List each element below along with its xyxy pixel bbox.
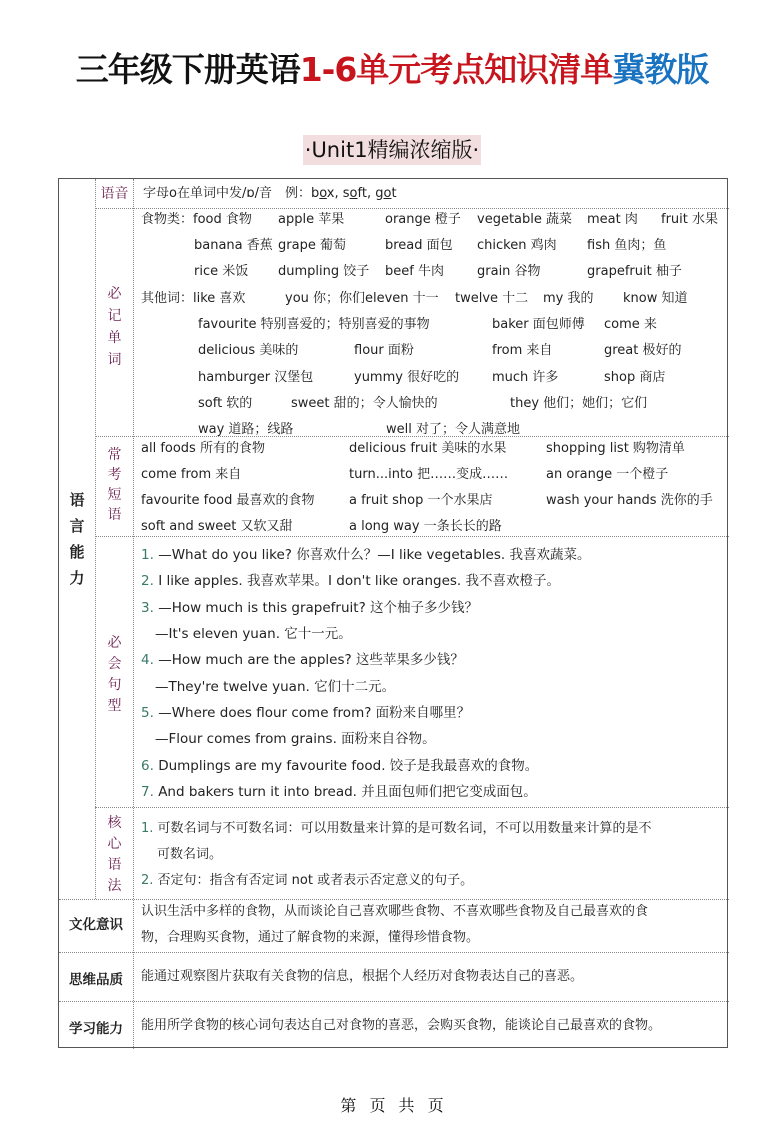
vocab-item: chicken 鸡肉 <box>477 233 557 259</box>
label-char: 核 <box>96 813 133 834</box>
example-part: x, <box>327 186 343 201</box>
phrase-item: wash your hands 洗你的手 <box>546 488 713 514</box>
sentence-line: 5. —Where does flour come from? 面粉来自哪里？ <box>141 700 470 726</box>
label-char: 常 <box>96 445 133 465</box>
vocab-item: hamburger 汉堡包 <box>198 365 313 391</box>
sentence-line: 3. —How much is this grapefruit? 这个柚子多少钱… <box>141 595 478 621</box>
phrase-item: a fruit shop 一个水果店 <box>349 488 492 514</box>
sentence-text: I like apples. 我喜欢苹果。I don't like orange… <box>158 573 560 589</box>
label-char: 短 <box>96 485 133 505</box>
phrase-item: soft and sweet 又软又甜 <box>141 514 293 540</box>
label-char: 语 <box>59 487 95 513</box>
vocab-item: shop 商店 <box>604 365 665 391</box>
label-char: 会 <box>96 654 133 675</box>
vocab-item: come 来 <box>604 312 657 338</box>
divider <box>133 179 134 1049</box>
vocab-item: know 知道 <box>623 286 688 312</box>
phrase-item: all foods 所有的食物 <box>141 436 265 462</box>
vocab-item: they 他们；她们；它们 <box>510 391 647 417</box>
vocab-item: 其他词：like 喜欢 <box>141 286 245 312</box>
title-red-part: 1-6单元考点知识清单 <box>300 50 613 89</box>
title-blue-part: 冀教版 <box>612 50 708 89</box>
vocab-item: from 来自 <box>492 338 552 364</box>
unit-subtitle: ·Unit1精编浓缩版· <box>0 135 784 165</box>
grammar-number: 1. <box>141 821 153 836</box>
title-black-part: 三年级下册英语 <box>76 50 300 89</box>
grammar-number: 2. <box>141 873 153 888</box>
thinking-label: 思维品质 <box>59 968 133 988</box>
vocab-item: flour 面粉 <box>354 338 414 364</box>
vocab-item: much 许多 <box>492 365 558 391</box>
unit-subtitle-text: ·Unit1精编浓缩版· <box>303 135 481 165</box>
learning-label: 学习能力 <box>59 1017 133 1037</box>
label-char: 言 <box>59 513 95 539</box>
learning-text: 能用所学食物的核心词句表达自己对食物的喜恶，会购买食物，能谈论自己最喜欢的食物。 <box>141 1013 661 1039</box>
example-part: g <box>375 186 383 201</box>
sentence-line: 2. I like apples. 我喜欢苹果。I don't like ora… <box>141 568 560 594</box>
phonetics-rule: 字母o在单词中发/ɒ/音 例： <box>143 186 311 201</box>
grammar-line: 1. 可数名词与不可数名词：可以用数量来计算的是可数名词，不可以用数量来计算的是… <box>141 816 652 842</box>
sentence-text: —Where does flour come from? 面粉来自哪里？ <box>158 705 470 721</box>
vocab-item: fish 鱼肉；鱼 <box>587 233 666 259</box>
sentence-number: 2. <box>141 573 154 589</box>
main-label-language-ability: 语 言 能 力 <box>59 487 95 591</box>
sentence-number: 3. <box>141 600 154 616</box>
sentence-text: —It's eleven yuan. 它十一元。 <box>155 626 352 642</box>
culture-line: 认识生活中多样的食物，从而谈论自己喜欢哪些食物、不喜欢哪些食物及自己最喜欢的食 <box>141 899 725 925</box>
phrase-item: an orange 一个橙子 <box>546 462 668 488</box>
phonetics-text: 字母o在单词中发/ɒ/音 例：box, soft, got <box>143 181 397 207</box>
culture-label: 文化意识 <box>59 913 133 933</box>
example-underlined: o <box>319 186 327 201</box>
vocab-item: fruit 水果 <box>661 207 718 233</box>
sentence-number: 7. <box>141 784 154 800</box>
vocab-item: apple 苹果 <box>278 207 344 233</box>
sentence-number: 4. <box>141 652 154 668</box>
label-char: 语 <box>96 505 133 525</box>
example-underlined: o <box>350 186 358 201</box>
vocab-item: favourite 特别喜爱的；特别喜爱的事物 <box>198 312 430 338</box>
vocab-item: orange 橙子 <box>385 207 461 233</box>
sentence-line: —It's eleven yuan. 它十一元。 <box>155 621 352 647</box>
vocab-item: soft 软的 <box>198 391 252 417</box>
vocab-item: sweet 甜的；令人愉快的 <box>291 391 438 417</box>
label-char: 单 <box>96 327 133 349</box>
culture-text: 认识生活中多样的食物，从而谈论自己喜欢哪些食物、不喜欢哪些食物及自己最喜欢的食 … <box>141 899 725 951</box>
phrase-item: come from 来自 <box>141 462 241 488</box>
document-title: 三年级下册英语1-6单元考点知识清单冀教版 <box>0 48 784 92</box>
sentence-number: 6. <box>141 758 154 774</box>
sentence-line: 4. —How much are the apples? 这些苹果多少钱？ <box>141 647 464 673</box>
vocab-item: grape 葡萄 <box>278 233 346 259</box>
vocab-item: 食物类：food 食物 <box>141 207 252 233</box>
vocab-item: beef 牛肉 <box>385 259 444 285</box>
vocab-item: baker 面包师傅 <box>492 312 585 338</box>
grammar-line: 2. 否定句：指含有否定词 not 或者表示否定意义的句子。 <box>141 868 473 894</box>
vocab-item: grapefruit 柚子 <box>587 259 682 285</box>
vocab-item: meat 肉 <box>587 207 638 233</box>
phrase-item: favourite food 最喜欢的食物 <box>141 488 314 514</box>
knowledge-table: 语 言 能 力 语音 字母o在单词中发/ɒ/音 例：box, soft, got… <box>58 178 728 1048</box>
label-char: 句 <box>96 675 133 696</box>
grammar-line: 可数名词。 <box>157 842 222 868</box>
label-char: 力 <box>59 565 95 591</box>
vocab-item: eleven 十一 <box>365 286 439 312</box>
phrase-item: turn...into 把……变成…… <box>349 462 508 488</box>
grammar-text: 可数名词与不可数名词：可以用数量来计算的是可数名词，不可以用数量来计算的是不 <box>158 821 652 836</box>
vocab-item: my 我的 <box>543 286 594 312</box>
sentence-line: 6. Dumplings are my favourite food. 饺子是我… <box>141 753 538 779</box>
label-char: 词 <box>96 349 133 371</box>
vocab-item: rice 米饭 <box>194 259 248 285</box>
vocab-item: vegetable 蔬菜 <box>477 207 572 233</box>
sentence-line: 7. And bakers turn it into bread. 并且面包师们… <box>141 779 537 805</box>
vocab-item: delicious 美味的 <box>198 338 298 364</box>
sentence-number: 5. <box>141 705 154 721</box>
example-part: s <box>343 186 350 201</box>
vocab-item: great 极好的 <box>604 338 682 364</box>
vocab-item: dumpling 饺子 <box>278 259 369 285</box>
sentence-text: —How much are the apples? 这些苹果多少钱？ <box>158 652 464 668</box>
sentence-line: —They're twelve yuan. 它们十二元。 <box>155 674 395 700</box>
vocab-label: 必 记 单 词 <box>96 283 133 371</box>
sentence-text: —They're twelve yuan. 它们十二元。 <box>155 679 395 695</box>
sentence-line: 1. —What do you like? 你喜欢什么？—I like vege… <box>141 542 590 568</box>
example-part: b <box>311 186 319 201</box>
culture-line: 物，合理购买食物，通过了解食物的来源，懂得珍惜食物。 <box>141 925 725 951</box>
sentence-text: Dumplings are my favourite food. 饺子是我最喜欢… <box>158 758 538 774</box>
grammar-text: 可数名词。 <box>157 847 222 862</box>
phrase-item: a long way 一条长长的路 <box>349 514 502 540</box>
sentences-label: 必 会 句 型 <box>96 633 133 717</box>
grammar-text: 否定句：指含有否定词 not 或者表示否定意义的句子。 <box>158 873 474 888</box>
label-char: 心 <box>96 834 133 855</box>
sentence-text: —What do you like? 你喜欢什么？—I like vegetab… <box>158 547 590 563</box>
label-char: 型 <box>96 696 133 717</box>
sentence-text: And bakers turn it into bread. 并且面包师们把它变… <box>158 784 537 800</box>
label-char: 记 <box>96 305 133 327</box>
vocab-item: twelve 十二 <box>455 286 528 312</box>
label-char: 考 <box>96 465 133 485</box>
label-char: 必 <box>96 283 133 305</box>
example-part: ft, <box>358 186 376 201</box>
thinking-text: 能通过观察图片获取有关食物的信息，根据个人经历对食物表达自己的喜恶。 <box>141 964 583 990</box>
sentence-number: 1. <box>141 547 154 563</box>
vocab-item: grain 谷物 <box>477 259 541 285</box>
sentence-text: —How much is this grapefruit? 这个柚子多少钱？ <box>158 600 478 616</box>
phrase-item: shopping list 购物清单 <box>546 436 685 462</box>
phonetics-label: 语音 <box>96 183 133 205</box>
vocab-item: you 你；你们 <box>285 286 365 312</box>
example-part: t <box>391 186 396 201</box>
vocab-item: banana 香蕉 <box>194 233 273 259</box>
phrases-label: 常 考 短 语 <box>96 445 133 525</box>
vocab-item: yummy 很好吃的 <box>354 365 459 391</box>
label-char: 必 <box>96 633 133 654</box>
label-char: 能 <box>59 539 95 565</box>
sentence-line: —Flour comes from grains. 面粉来自谷物。 <box>155 726 436 752</box>
divider <box>59 1001 729 1002</box>
vocab-item: bread 面包 <box>385 233 453 259</box>
phrase-item: delicious fruit 美味的水果 <box>349 436 506 462</box>
grammar-label: 核 心 语 法 <box>96 813 133 897</box>
sentence-text: —Flour comes from grains. 面粉来自谷物。 <box>155 731 436 747</box>
divider <box>59 952 729 953</box>
divider <box>95 807 729 808</box>
label-char: 语 <box>96 855 133 876</box>
label-char: 法 <box>96 876 133 897</box>
page-footer: 第 页 共 页 <box>0 1093 784 1116</box>
